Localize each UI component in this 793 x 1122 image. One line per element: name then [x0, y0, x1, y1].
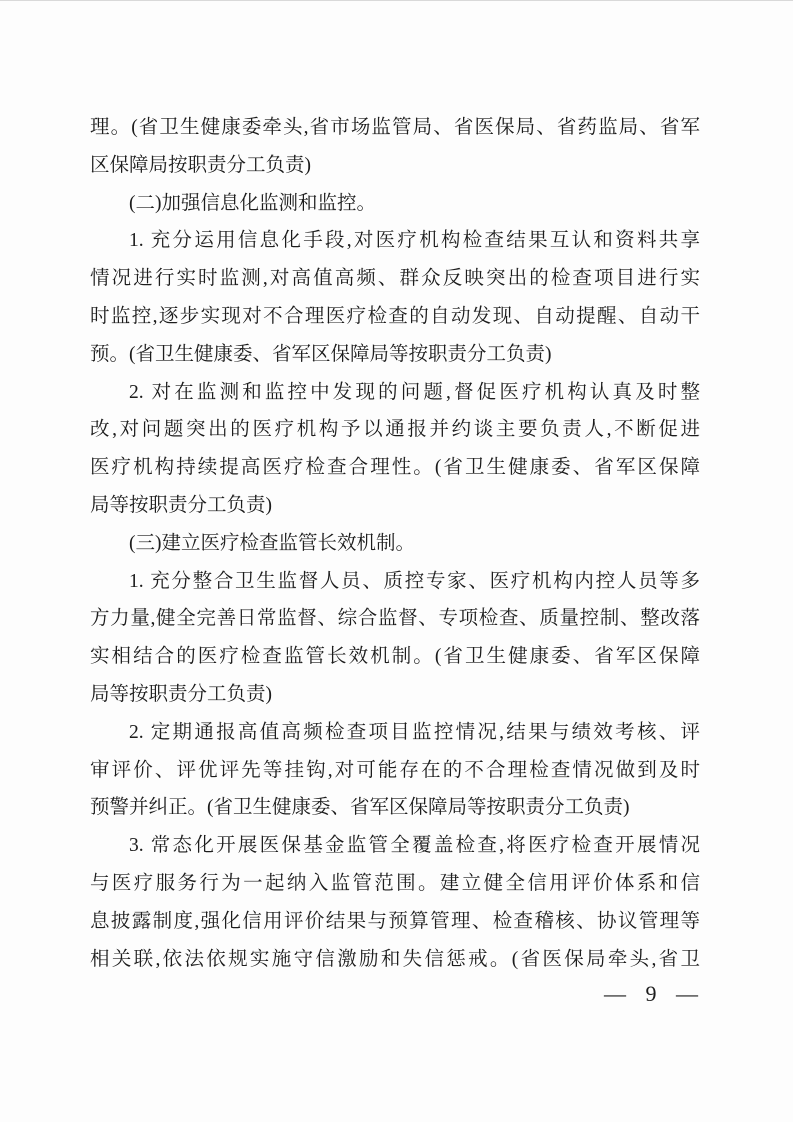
text-line: 理。(省卫生健康委牵头,省市场监管局、省医保局、省药监局、省军	[90, 109, 700, 147]
text-line: (二)加强信息化监测和监控。	[90, 185, 700, 223]
text-line: 实相结合的医疗检查监管长效机制。(省卫生健康委、省军区保障	[90, 638, 700, 676]
text-line: 局等按职责分工负责)	[90, 676, 700, 714]
document-body: 理。(省卫生健康委牵头,省市场监管局、省医保局、省药监局、省军 区保障局按职责分…	[90, 109, 700, 978]
text-line: 预警并纠正。(省卫生健康委、省军区保障局等按职责分工负责)	[90, 789, 700, 827]
text-line: 情况进行实时监测,对高值高频、群众反映突出的检查项目进行实	[90, 260, 700, 298]
text-line: 改,对问题突出的医疗机构予以通报并约谈主要负责人,不断促进	[90, 411, 700, 449]
text-line: 2. 对在监测和监控中发现的问题,督促医疗机构认真及时整	[90, 374, 700, 412]
text-line: (三)建立医疗检查监管长效机制。	[90, 525, 700, 563]
text-line: 1. 充分整合卫生监督人员、质控专家、医疗机构内控人员等多	[90, 563, 700, 601]
text-line: 区保障局按职责分工负责)	[90, 147, 700, 185]
text-line: 2. 定期通报高值高频检查项目监控情况,结果与绩效考核、评	[90, 714, 700, 752]
scan-edge-line	[0, 0, 793, 1]
text-line: 与医疗服务行为一起纳入监管范围。建立健全信用评价体系和信	[90, 865, 700, 903]
text-line: 预。(省卫生健康委、省军区保障局等按职责分工负责)	[90, 336, 700, 374]
text-line: 方力量,健全完善日常监督、综合监督、专项检查、质量控制、整改落	[90, 600, 700, 638]
text-line: 局等按职责分工负责)	[90, 487, 700, 525]
text-line: 相关联,依法依规实施守信激励和失信惩戒。(省医保局牵头,省卫	[90, 941, 700, 979]
text-line: 1. 充分运用信息化手段,对医疗机构检查结果互认和资料共享	[90, 222, 700, 260]
text-line: 时监控,逐步实现对不合理医疗检查的自动发现、自动提醒、自动干	[90, 298, 700, 336]
page-number: — 9 —	[604, 981, 700, 1007]
text-line: 审评价、评优评先等挂钩,对可能存在的不合理检查情况做到及时	[90, 752, 700, 790]
text-line: 医疗机构持续提高医疗检查合理性。(省卫生健康委、省军区保障	[90, 449, 700, 487]
text-line: 息披露制度,强化信用评价结果与预算管理、检查稽核、协议管理等	[90, 903, 700, 941]
document-page: 理。(省卫生健康委牵头,省市场监管局、省医保局、省药监局、省军 区保障局按职责分…	[0, 0, 793, 1122]
text-line: 3. 常态化开展医保基金监管全覆盖检查,将医疗检查开展情况	[90, 827, 700, 865]
